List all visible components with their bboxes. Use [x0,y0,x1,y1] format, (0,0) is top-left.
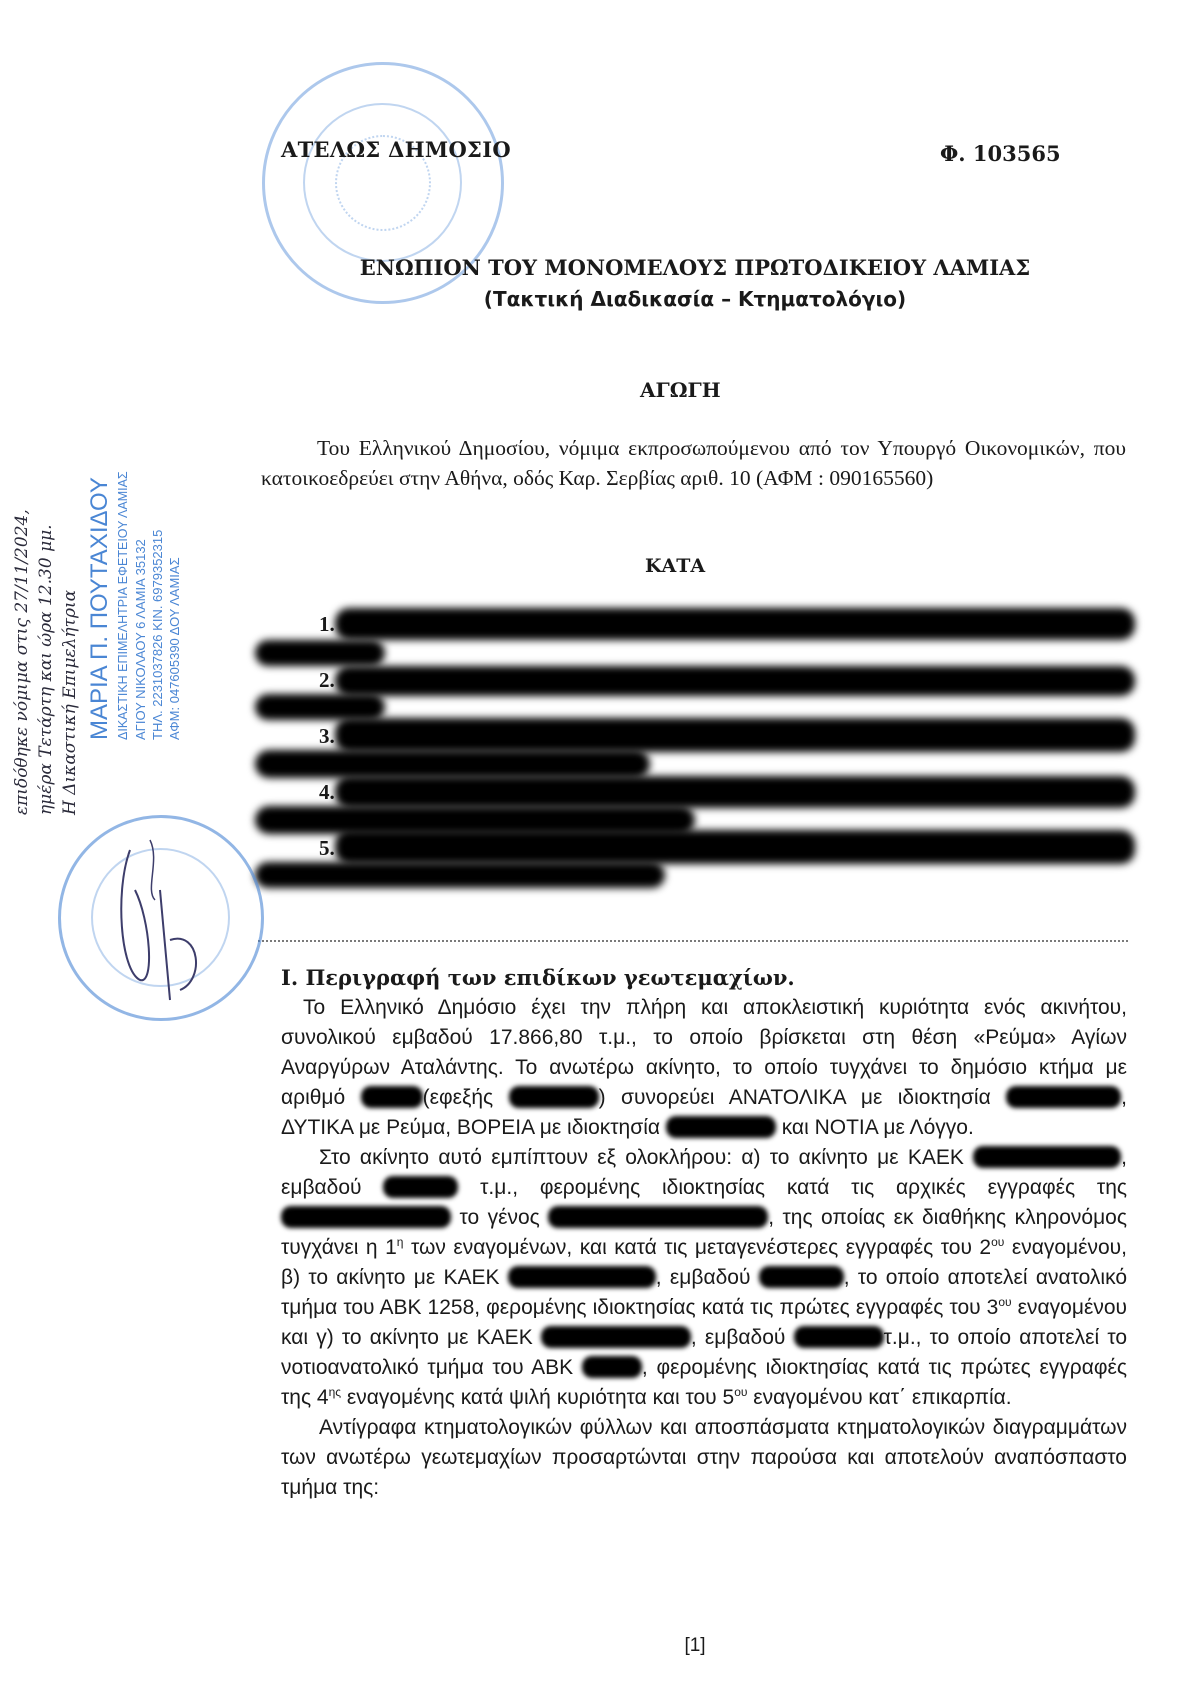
note-line: επιδόθηκε νόμιμα στις 27/11/2024, [10,395,34,815]
text-run: των εναγομένων, και κατά τις μεταγενέστε… [403,1236,991,1259]
bailiff-title: ΔΙΚΑΣΤΙΚΗ ΕΠΙΜΕΛΗΤΡΙΑ ΕΦΕΤΕΙΟΥ ΛΑΜΙΑΣ [115,340,132,740]
note-line: Η Δικαστική Επιμελήτρια [58,395,82,815]
stamp-duty-note: ΑΤΕΛΩΣ ΔΗΜΟΣΙΟ [281,137,511,162]
redaction-bar [255,640,385,666]
defendant-number: 1. [319,612,335,637]
note-line: ημέρα Τετάρτη και ώρα 12.30 μμ. [34,395,58,815]
redaction-bar [666,1116,776,1138]
redaction-bar [508,1266,656,1288]
included-parcels-paragraph: Στο ακίνητο αυτό εμπίπτουν εξ ολοκλήρου:… [281,1143,1127,1413]
text-run: Στο ακίνητο αυτό εμπίπτουν εξ ολοκλήρου:… [319,1146,964,1169]
defendant-item: 4. [257,780,1137,836]
defendant-number: 4. [319,780,335,805]
redaction-bar [509,1086,599,1108]
redaction-bar [383,1176,458,1198]
plaintiff-text: Του Ελληνικού Δημοσίου, νόμιμα εκπροσωπο… [261,434,1126,493]
redaction-bar [255,694,385,720]
against-heading: ΚΑΤΑ [645,555,705,577]
ordinal-suffix: ου [998,1295,1011,1309]
text-run: τ.μ., φερομένης ιδιοκτησίας κατά τις αρχ… [480,1176,1127,1199]
section-body: Το Ελληνικό Δημόσιο έχει την πλήρη και α… [281,993,1127,1503]
ordinal-suffix: ης [329,1385,341,1399]
defendant-number: 2. [319,668,335,693]
ordinal-suffix: ου [991,1235,1004,1249]
defendant-item: 3. [257,724,1137,780]
ordinal-suffix: ου [734,1385,747,1399]
text-run: , εμβαδού [691,1326,786,1349]
redaction-bar [335,718,1135,752]
redaction-bar [335,608,1135,640]
redaction-bar [794,1326,884,1348]
text-run: (εφεξής [423,1086,494,1109]
redaction-bar [759,1266,844,1288]
procedure-type: (Τακτική Διαδικασία – Κτηματολόγιο) [0,287,1200,311]
redaction-bar [1006,1086,1121,1108]
handwritten-service-note: επιδόθηκε νόμιμα στις 27/11/2024, ημέρα … [10,395,100,815]
defendant-number: 5. [319,836,335,861]
redaction-bar [548,1206,768,1228]
court-title: ΕΝΩΠΙΟΝ ΤΟΥ ΜΟΝΟΜΕΛΟΥΣ ΠΡΩΤΟΔΙΚΕΙΟΥ ΛΑΜΙ… [0,255,1200,280]
section-divider [258,940,1128,942]
redaction-bar [973,1146,1121,1168]
redaction-bar [335,776,1135,808]
signature [110,830,220,1010]
redaction-bar [541,1326,691,1348]
redaction-bar [582,1356,642,1378]
bailiff-address: ΑΓΙΟΥ ΝΙΚΟΛΑΟΥ 6 ΛΑΜΙΑ 35132 [132,340,149,740]
section-title: Ι. Περιγραφή των επιδίκων γεωτεμαχίων. [281,965,795,990]
text-run: το γένος [459,1206,539,1229]
plaintiff-paragraph: Του Ελληνικού Δημοσίου, νόμιμα εκπροσωπο… [261,434,1126,493]
redaction-bar [335,830,1135,864]
defendant-item: 5. [257,836,1137,892]
page-number: [1] [0,1635,1200,1657]
attachments-paragraph: Αντίγραφα κτηματολογικών φύλλων και αποσ… [281,1413,1127,1503]
text-run: ) συνορεύει ΑΝΑΤΟΛΙΚΑ με ιδιοκτησία [599,1086,991,1109]
defendant-item: 2. [257,668,1137,724]
defendants-list: 1. 2. 3. 4. 5. [257,612,1137,892]
redaction-bar [255,750,650,778]
bailiff-stamp: ΜΑΡΙΑ Π. ΠΟΥΤΑΧΙΔΟΥ ΔΙΚΑΣΤΙΚΗ ΕΠΙΜΕΛΗΤΡΙ… [85,340,205,740]
defendant-item: 1. [257,612,1137,668]
defendant-number: 3. [319,724,335,749]
text-run: εναγομένου κατ΄ επικαρπία. [747,1386,1011,1409]
redaction-bar [255,862,665,888]
property-description-paragraph: Το Ελληνικό Δημόσιο έχει την πλήρη και α… [281,993,1127,1143]
file-number: Φ. 103565 [940,141,1061,166]
redaction-bar [361,1086,423,1108]
redaction-bar [281,1206,451,1228]
lawsuit-heading: ΑΓΩΓΗ [640,378,721,402]
bailiff-phone: ΤΗΛ. 2231037826 ΚΙΝ. 6979352315 [149,340,166,740]
text-run: , εμβαδού [656,1266,751,1289]
text-run: και ΝΟΤΙΑ με Λόγγο. [782,1116,974,1139]
redaction-bar [335,666,1135,696]
bailiff-tax-id: ΑΦΜ: 047605390 ΔΟΥ ΛΑΜΙΑΣ [166,340,183,740]
text-run: εναγομένης κατά ψιλή κυριότητα και του 5 [341,1386,734,1409]
